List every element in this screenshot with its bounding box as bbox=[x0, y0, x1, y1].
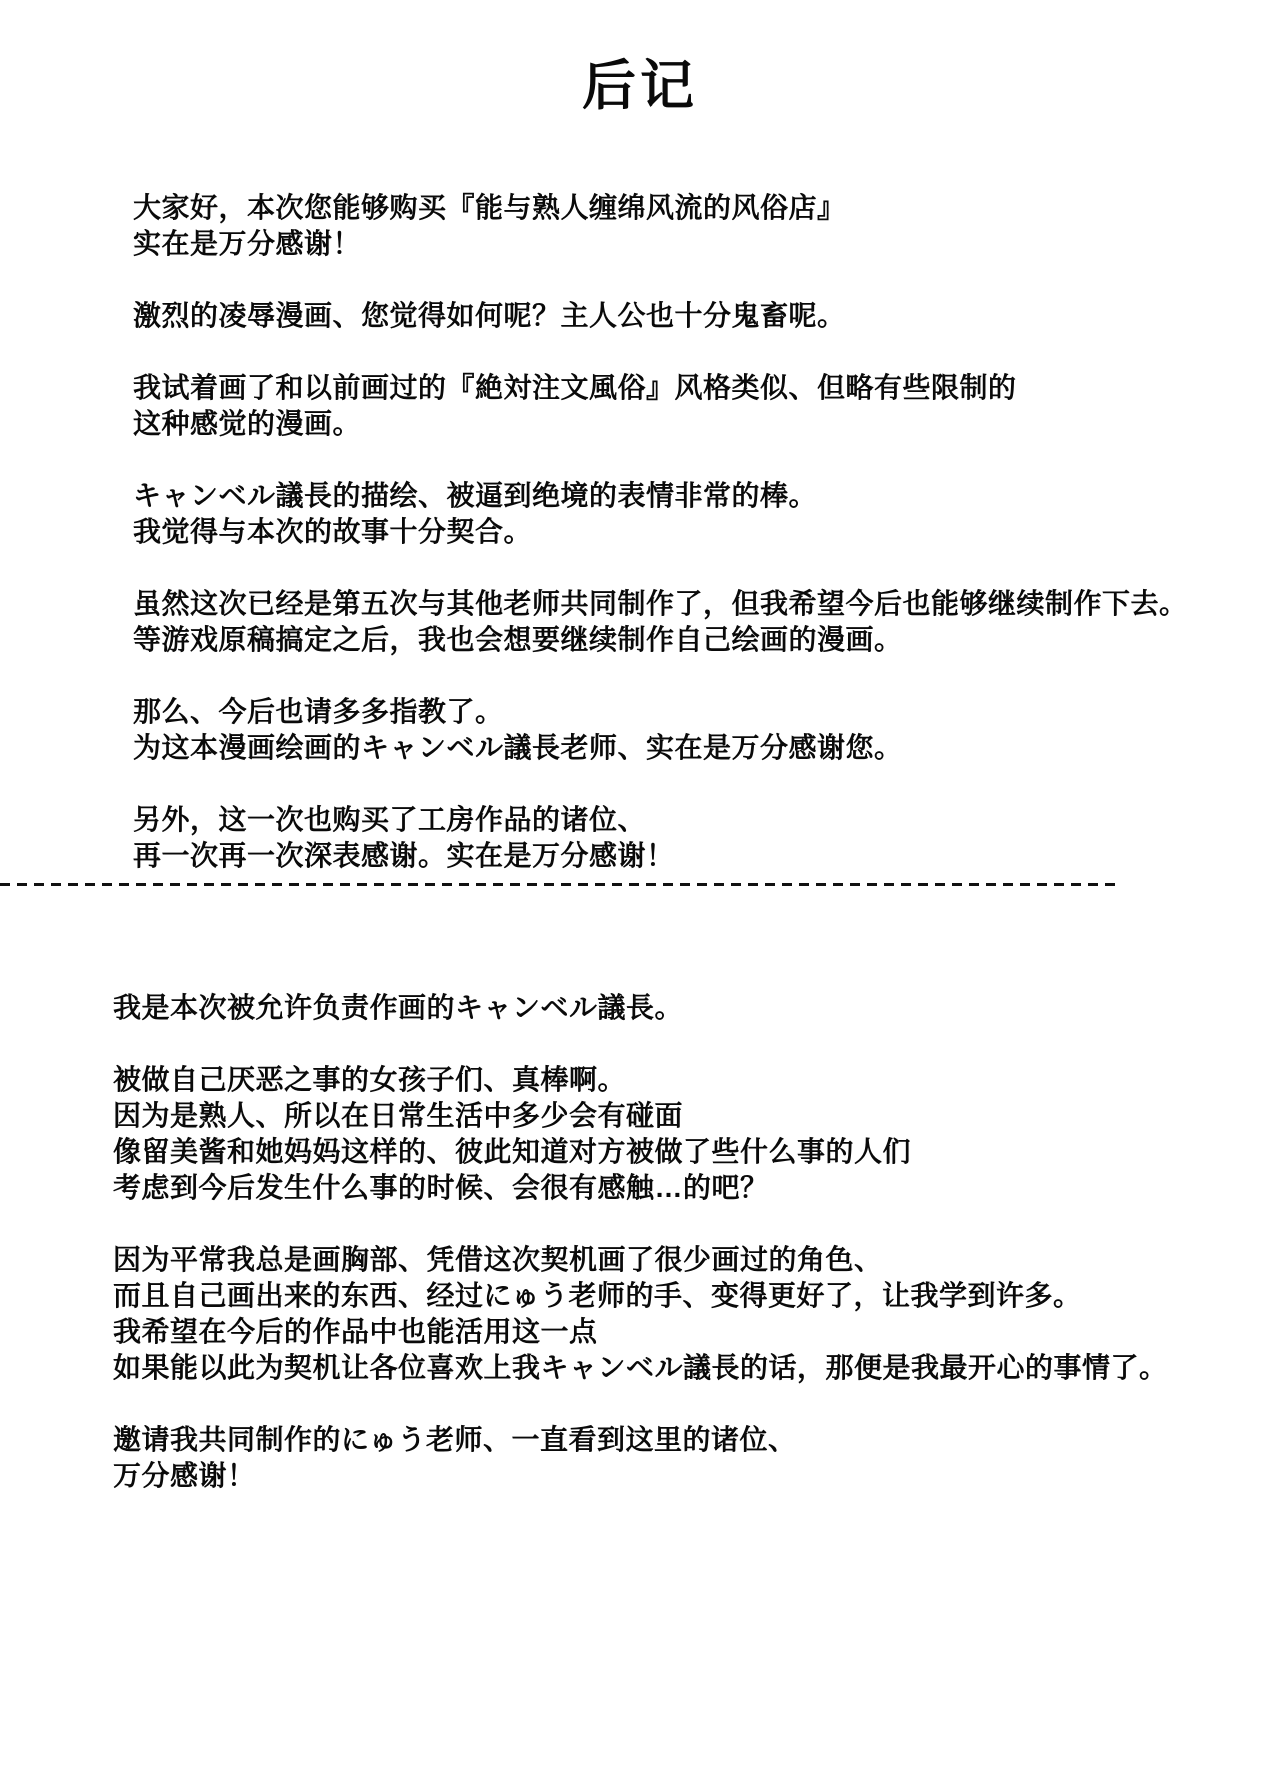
paragraph: 激烈的凌辱漫画、您觉得如何呢？主人公也十分鬼畜呢。 bbox=[133, 298, 1240, 334]
text-line: 我是本次被允许负责作画的キャンベル議長。 bbox=[113, 990, 1240, 1026]
text-line: 我觉得与本次的故事十分契合。 bbox=[133, 514, 1240, 550]
text-line: 那么、今后也请多多指教了。 bbox=[133, 694, 1240, 730]
paragraph: 因为平常我总是画胸部、凭借这次契机画了很少画过的角色、 而且自己画出来的东西、经… bbox=[113, 1242, 1240, 1386]
text-line: 我试着画了和以前画过的『絶対注文風俗』风格类似、但略有些限制的 bbox=[133, 370, 1240, 406]
paragraph: 另外，这一次也购买了工房作品的诸位、 再一次再一次深表感谢。实在是万分感谢！ bbox=[133, 802, 1240, 874]
text-line: 为这本漫画绘画的キャンベル議長老师、实在是万分感谢您。 bbox=[133, 730, 1240, 766]
paragraph: 虽然这次已经是第五次与其他老师共同制作了，但我希望今后也能够继续制作下去。 等游… bbox=[133, 586, 1240, 658]
text-line: 我希望在今后的作品中也能活用这一点 bbox=[113, 1314, 1240, 1350]
text-line: 大家好，本次您能够购买『能与熟人缠绵风流的风俗店』 bbox=[133, 190, 1240, 226]
paragraph: 邀请我共同制作的にゅう老师、一直看到这里的诸位、 万分感谢！ bbox=[113, 1422, 1240, 1494]
text-line: キャンベル議長的描绘、被逼到绝境的表情非常的棒。 bbox=[133, 478, 1240, 514]
text-line: 实在是万分感谢！ bbox=[133, 226, 1240, 262]
text-line: 虽然这次已经是第五次与其他老师共同制作了，但我希望今后也能够继续制作下去。 bbox=[133, 586, 1240, 622]
paragraph: 被做自己厌恶之事的女孩子们、真棒啊。 因为是熟人、所以在日常生活中多少会有碰面 … bbox=[113, 1062, 1240, 1206]
text-line: 再一次再一次深表感谢。实在是万分感谢！ bbox=[133, 838, 1240, 874]
paragraph: 大家好，本次您能够购买『能与熟人缠绵风流的风俗店』 实在是万分感谢！ bbox=[133, 190, 1240, 262]
paragraph: キャンベル議長的描绘、被逼到绝境的表情非常的棒。 我觉得与本次的故事十分契合。 bbox=[133, 478, 1240, 550]
text-line: 因为是熟人、所以在日常生活中多少会有碰面 bbox=[113, 1098, 1240, 1134]
text-line: 万分感谢！ bbox=[113, 1458, 1240, 1494]
paragraph: 我是本次被允许负责作画的キャンベル議長。 bbox=[113, 990, 1240, 1026]
afterword-author-section: 大家好，本次您能够购买『能与熟人缠绵风流的风俗店』 实在是万分感谢！ 激烈的凌辱… bbox=[133, 190, 1240, 874]
afterword-artist-section: 我是本次被允许负责作画的キャンベル議長。 被做自己厌恶之事的女孩子们、真棒啊。 … bbox=[113, 990, 1240, 1494]
text-line: 而且自己画出来的东西、经过にゅう老师的手、变得更好了，让我学到许多。 bbox=[113, 1278, 1240, 1314]
page-title: 后记 bbox=[0, 0, 1280, 112]
text-line: 等游戏原稿搞定之后，我也会想要继续制作自己绘画的漫画。 bbox=[133, 622, 1240, 658]
dashed-divider bbox=[0, 883, 1122, 886]
afterword-page: 后记 大家好，本次您能够购买『能与熟人缠绵风流的风俗店』 实在是万分感谢！ 激烈… bbox=[0, 0, 1280, 1790]
paragraph: 那么、今后也请多多指教了。 为这本漫画绘画的キャンベル議長老师、实在是万分感谢您… bbox=[133, 694, 1240, 766]
text-line: 激烈的凌辱漫画、您觉得如何呢？主人公也十分鬼畜呢。 bbox=[133, 298, 1240, 334]
text-line: 被做自己厌恶之事的女孩子们、真棒啊。 bbox=[113, 1062, 1240, 1098]
text-line: 像留美酱和她妈妈这样的、彼此知道对方被做了些什么事的人们 bbox=[113, 1134, 1240, 1170]
text-line: 邀请我共同制作的にゅう老师、一直看到这里的诸位、 bbox=[113, 1422, 1240, 1458]
text-line: 如果能以此为契机让各位喜欢上我キャンベル議長的话，那便是我最开心的事情了。 bbox=[113, 1350, 1240, 1386]
text-line: 因为平常我总是画胸部、凭借这次契机画了很少画过的角色、 bbox=[113, 1242, 1240, 1278]
text-line: 另外，这一次也购买了工房作品的诸位、 bbox=[133, 802, 1240, 838]
text-line: 考虑到今后发生什么事的时候、会很有感触…的吧？ bbox=[113, 1170, 1240, 1206]
paragraph: 我试着画了和以前画过的『絶対注文風俗』风格类似、但略有些限制的 这种感觉的漫画。 bbox=[133, 370, 1240, 442]
text-line: 这种感觉的漫画。 bbox=[133, 406, 1240, 442]
